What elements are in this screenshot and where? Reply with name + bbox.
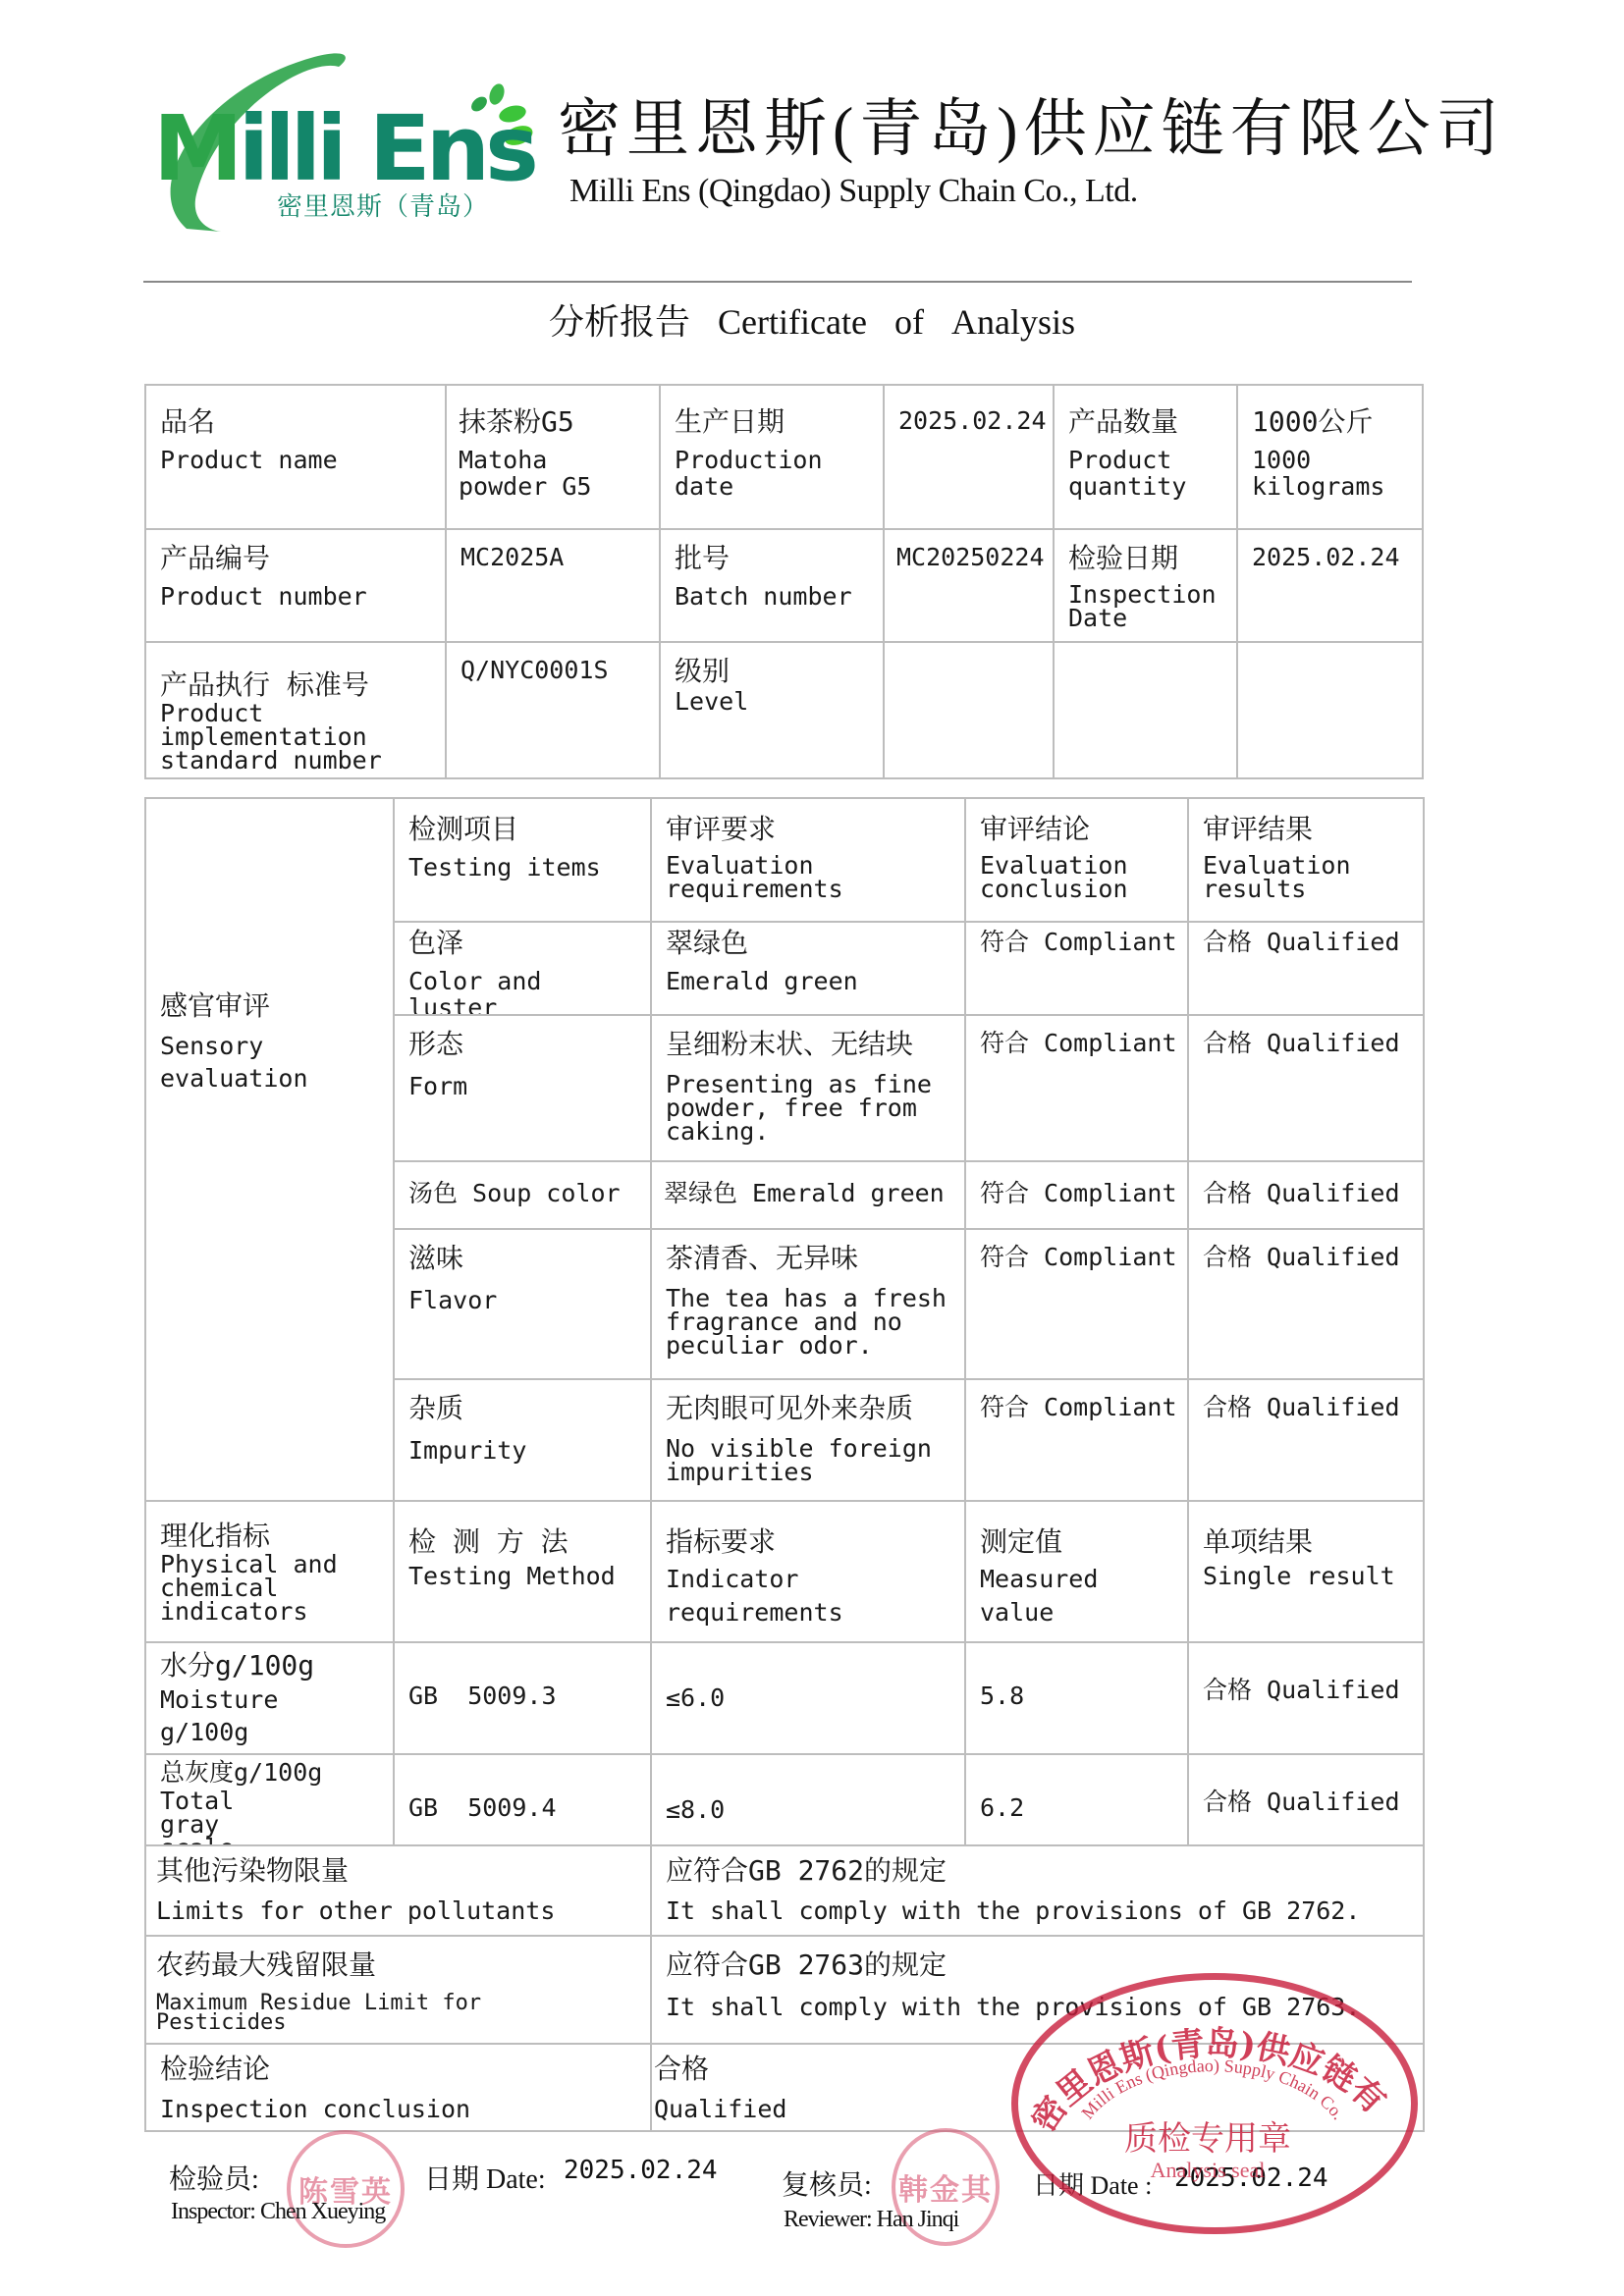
sensory-conclusion-impurity: 符合 Compliant <box>966 1380 1189 1502</box>
svg-text:Analysis seal: Analysis seal <box>1151 2158 1266 2182</box>
batch-number-value: MC20250224 <box>885 530 1055 643</box>
header-testing-method: 检 测 方 法Testing Method <box>395 1502 652 1643</box>
standard-number-value: Q/NYC0001S <box>447 643 661 777</box>
sensory-req-form: 呈细粉末状、无结块Presenting as fine powder, free… <box>652 1016 966 1162</box>
header-single-result: 单项结果Single result <box>1189 1502 1425 1643</box>
sensory-item-flavor: 滋味Flavor <box>395 1230 652 1380</box>
reviewer-label: 复核员: <box>782 2163 872 2203</box>
title-en-1: Certificate <box>718 302 867 342</box>
product-number-label: 产品编号Product number <box>146 530 447 643</box>
sensory-req-flavor: 茶清香、无异味The tea has a fresh fragrance and… <box>652 1230 966 1380</box>
sensory-req-color: 翠绿色Emerald green <box>652 923 966 1016</box>
product-name-value: 抹茶粉G5Matoha powder G5 <box>447 386 661 530</box>
quantity-label: 产品数量Product quantity <box>1055 386 1238 530</box>
physchem-moisture-requirement: ≤6.0 <box>652 1643 966 1755</box>
document-title: 分析报告CertificateofAnalysis <box>0 294 1624 345</box>
production-date-value: 2025.02.24 <box>885 386 1055 530</box>
empty-cell <box>1238 643 1422 777</box>
production-date-label: 生产日期Production date <box>661 386 885 530</box>
product-number-value: MC2025A <box>447 530 661 643</box>
physchem-ash-measured: 6.2 <box>966 1755 1189 1846</box>
level-label: 级别Level <box>661 643 885 777</box>
sensory-result-soup-color: 合格 Qualified <box>1189 1162 1425 1230</box>
sensory-result-flavor: 合格 Qualified <box>1189 1230 1425 1380</box>
physchem-ash-method: GB 5009.4 <box>395 1755 652 1846</box>
inspection-conclusion-label: 检验结论Inspection conclusion <box>146 2045 652 2132</box>
inspector-label: 检验员: <box>169 2158 259 2197</box>
physchem-moisture-label: 水分g/100gMoisture g/100g <box>146 1643 395 1755</box>
inspection-date-label: 日期 Date: <box>424 2158 546 2197</box>
sensory-conclusion-color: 符合 Compliant <box>966 923 1189 1016</box>
sensory-section-label: 感官审评Sensory evaluation <box>146 799 395 1502</box>
sensory-result-impurity: 合格 Qualified <box>1189 1380 1425 1502</box>
physchem-moisture-result: 合格 Qualified <box>1189 1643 1425 1755</box>
title-en-2: of <box>894 302 924 342</box>
sensory-item-form: 形态Form <box>395 1016 652 1162</box>
header-indicator-requirements: 指标要求Indicator requirements <box>652 1502 966 1643</box>
header-evaluation-requirements: 审评要求Evaluation requirements <box>652 799 966 923</box>
pollutants-label: 其他污染物限量Limits for other pollutants <box>146 1846 652 1937</box>
reviewer-name: Reviewer: Han Jinqi <box>784 2207 958 2233</box>
product-info-table: 品名Product name 抹茶粉G5Matoha powder G5 生产日… <box>144 384 1424 779</box>
physchem-moisture-measured: 5.8 <box>966 1643 1189 1755</box>
header-testing-items: 检测项目Testing items <box>395 799 652 923</box>
logo-subtitle: 密里恩斯（青岛） <box>277 187 489 223</box>
inspection-date-value: 2025.02.24 <box>1238 530 1422 643</box>
sensory-conclusion-form: 符合 Compliant <box>966 1016 1189 1162</box>
company-name-en: Milli Ens (Qingdao) Supply Chain Co., Lt… <box>569 175 1138 208</box>
company-logo: Milli Ens 密里恩斯（青岛） <box>147 47 540 234</box>
product-name-label: 品名Product name <box>146 386 447 530</box>
company-seal-icon: 密里恩斯(青岛)供应链有限公司 Milli Ens (Qingdao) Supp… <box>1011 1973 1418 2234</box>
physchem-moisture-method: GB 5009.3 <box>395 1643 652 1755</box>
title-cn: 分析报告 <box>549 302 690 342</box>
pollutants-value: 应符合GB 2763的规定应符合GB 2762的规定It shall compl… <box>652 1846 1425 1937</box>
inspector-name: Inspector: Chen Xueying <box>171 2199 385 2225</box>
batch-number-label: 批号Batch number <box>661 530 885 643</box>
physchem-ash-result: 合格 Qualified <box>1189 1755 1425 1846</box>
standard-number-label: 产品执行 标准号Product implementation standard … <box>146 643 447 777</box>
evaluation-table: 感官审评Sensory evaluation 检测项目Testing items… <box>144 797 1425 2132</box>
sensory-result-form: 合格 Qualified <box>1189 1016 1425 1162</box>
physchem-ash-label: 总灰度g/100gTotal gray scale <box>146 1755 395 1846</box>
level-value <box>885 643 1055 777</box>
sensory-req-impurity: 无肉眼可见外来杂质No visible foreign impurities <box>652 1380 966 1502</box>
logo-wordmark: Milli Ens <box>153 104 534 194</box>
inspection-date-value: 2025.02.24 <box>564 2156 718 2185</box>
header-evaluation-results: 审评结果Evaluation results <box>1189 799 1425 923</box>
sensory-conclusion-soup-color: 符合 Compliant <box>966 1162 1189 1230</box>
header-divider <box>143 281 1412 283</box>
pesticides-label: 农药最大残留限量Maximum Residue Limit for Pestic… <box>146 1937 652 2045</box>
empty-cell <box>1055 643 1238 777</box>
company-name-cn: 密里恩斯(青岛)供应链有限公司 <box>558 98 1505 161</box>
sensory-result-color: 合格 Qualified <box>1189 923 1425 1016</box>
title-en-3: Analysis <box>951 302 1075 342</box>
sensory-item-color: 色泽Color and luster <box>395 923 652 1016</box>
sensory-item-soup-color: 汤色 Soup color <box>395 1162 652 1230</box>
physchem-ash-requirement: ≤8.0 <box>652 1755 966 1846</box>
quantity-value: 1000公斤1000 kilograms <box>1238 386 1422 530</box>
header-measured-value: 测定值Measured value <box>966 1502 1189 1643</box>
header-evaluation-conclusion: 审评结论Evaluation conclusion <box>966 799 1189 923</box>
svg-text:质检专用章: 质检专用章 <box>1124 2119 1291 2159</box>
inspector-signature-stamp: 陈雪英 <box>287 2130 405 2248</box>
sensory-item-impurity: 杂质Impurity <box>395 1380 652 1502</box>
sensory-req-soup-color: 翠绿色 Emerald green <box>652 1162 966 1230</box>
sensory-conclusion-flavor: 符合 Compliant <box>966 1230 1189 1380</box>
physchem-section-label: 理化指标Physical and chemical indicators <box>146 1502 395 1643</box>
inspection-date-label: 检验日期Inspection Date <box>1055 530 1238 643</box>
